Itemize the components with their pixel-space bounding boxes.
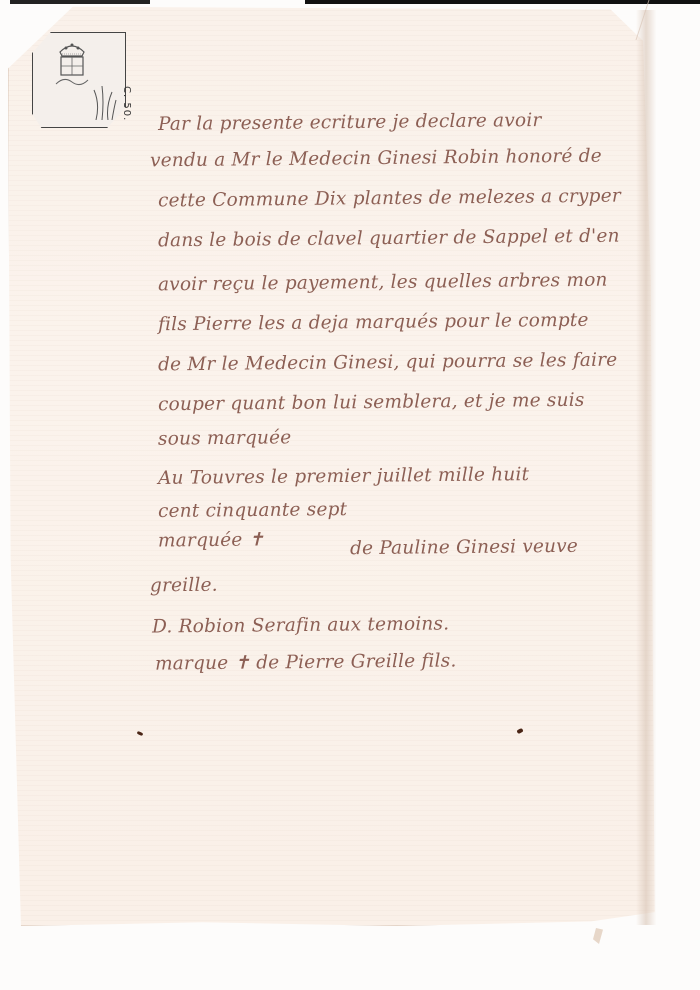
stamp-value: C. 50. [121,86,132,121]
text-line-1: Par la presente ecriture je declare avoi… [158,110,542,135]
witness-line: D. Robion Serafin aux temoins. [152,613,449,637]
scan-edge-top-left [10,0,150,4]
coat-of-arms-icon [52,40,92,88]
tax-stamp-content: C. 50. [32,32,124,126]
document-page [8,4,656,926]
text-line-8: couper quant bon lui semblera, et je me … [158,390,585,415]
signature-mark-line: marquée ✝ [158,529,264,551]
page-fold-shadow [636,10,656,925]
text-line-10: Au Touvres le premier juillet mille huit [158,464,529,489]
text-line-9: sous marquée [158,427,292,449]
text-line-11: cent cinquante sept [158,499,347,522]
signature-name-line: de Pauline Ginesi veuve [350,536,578,559]
reed-plant-icon [90,84,118,120]
witness-mark-line: marque ✝ de Pierre Greille fils. [155,650,457,674]
torn-paper-fragment [593,928,603,944]
signature-name-continued: greille. [150,575,218,597]
